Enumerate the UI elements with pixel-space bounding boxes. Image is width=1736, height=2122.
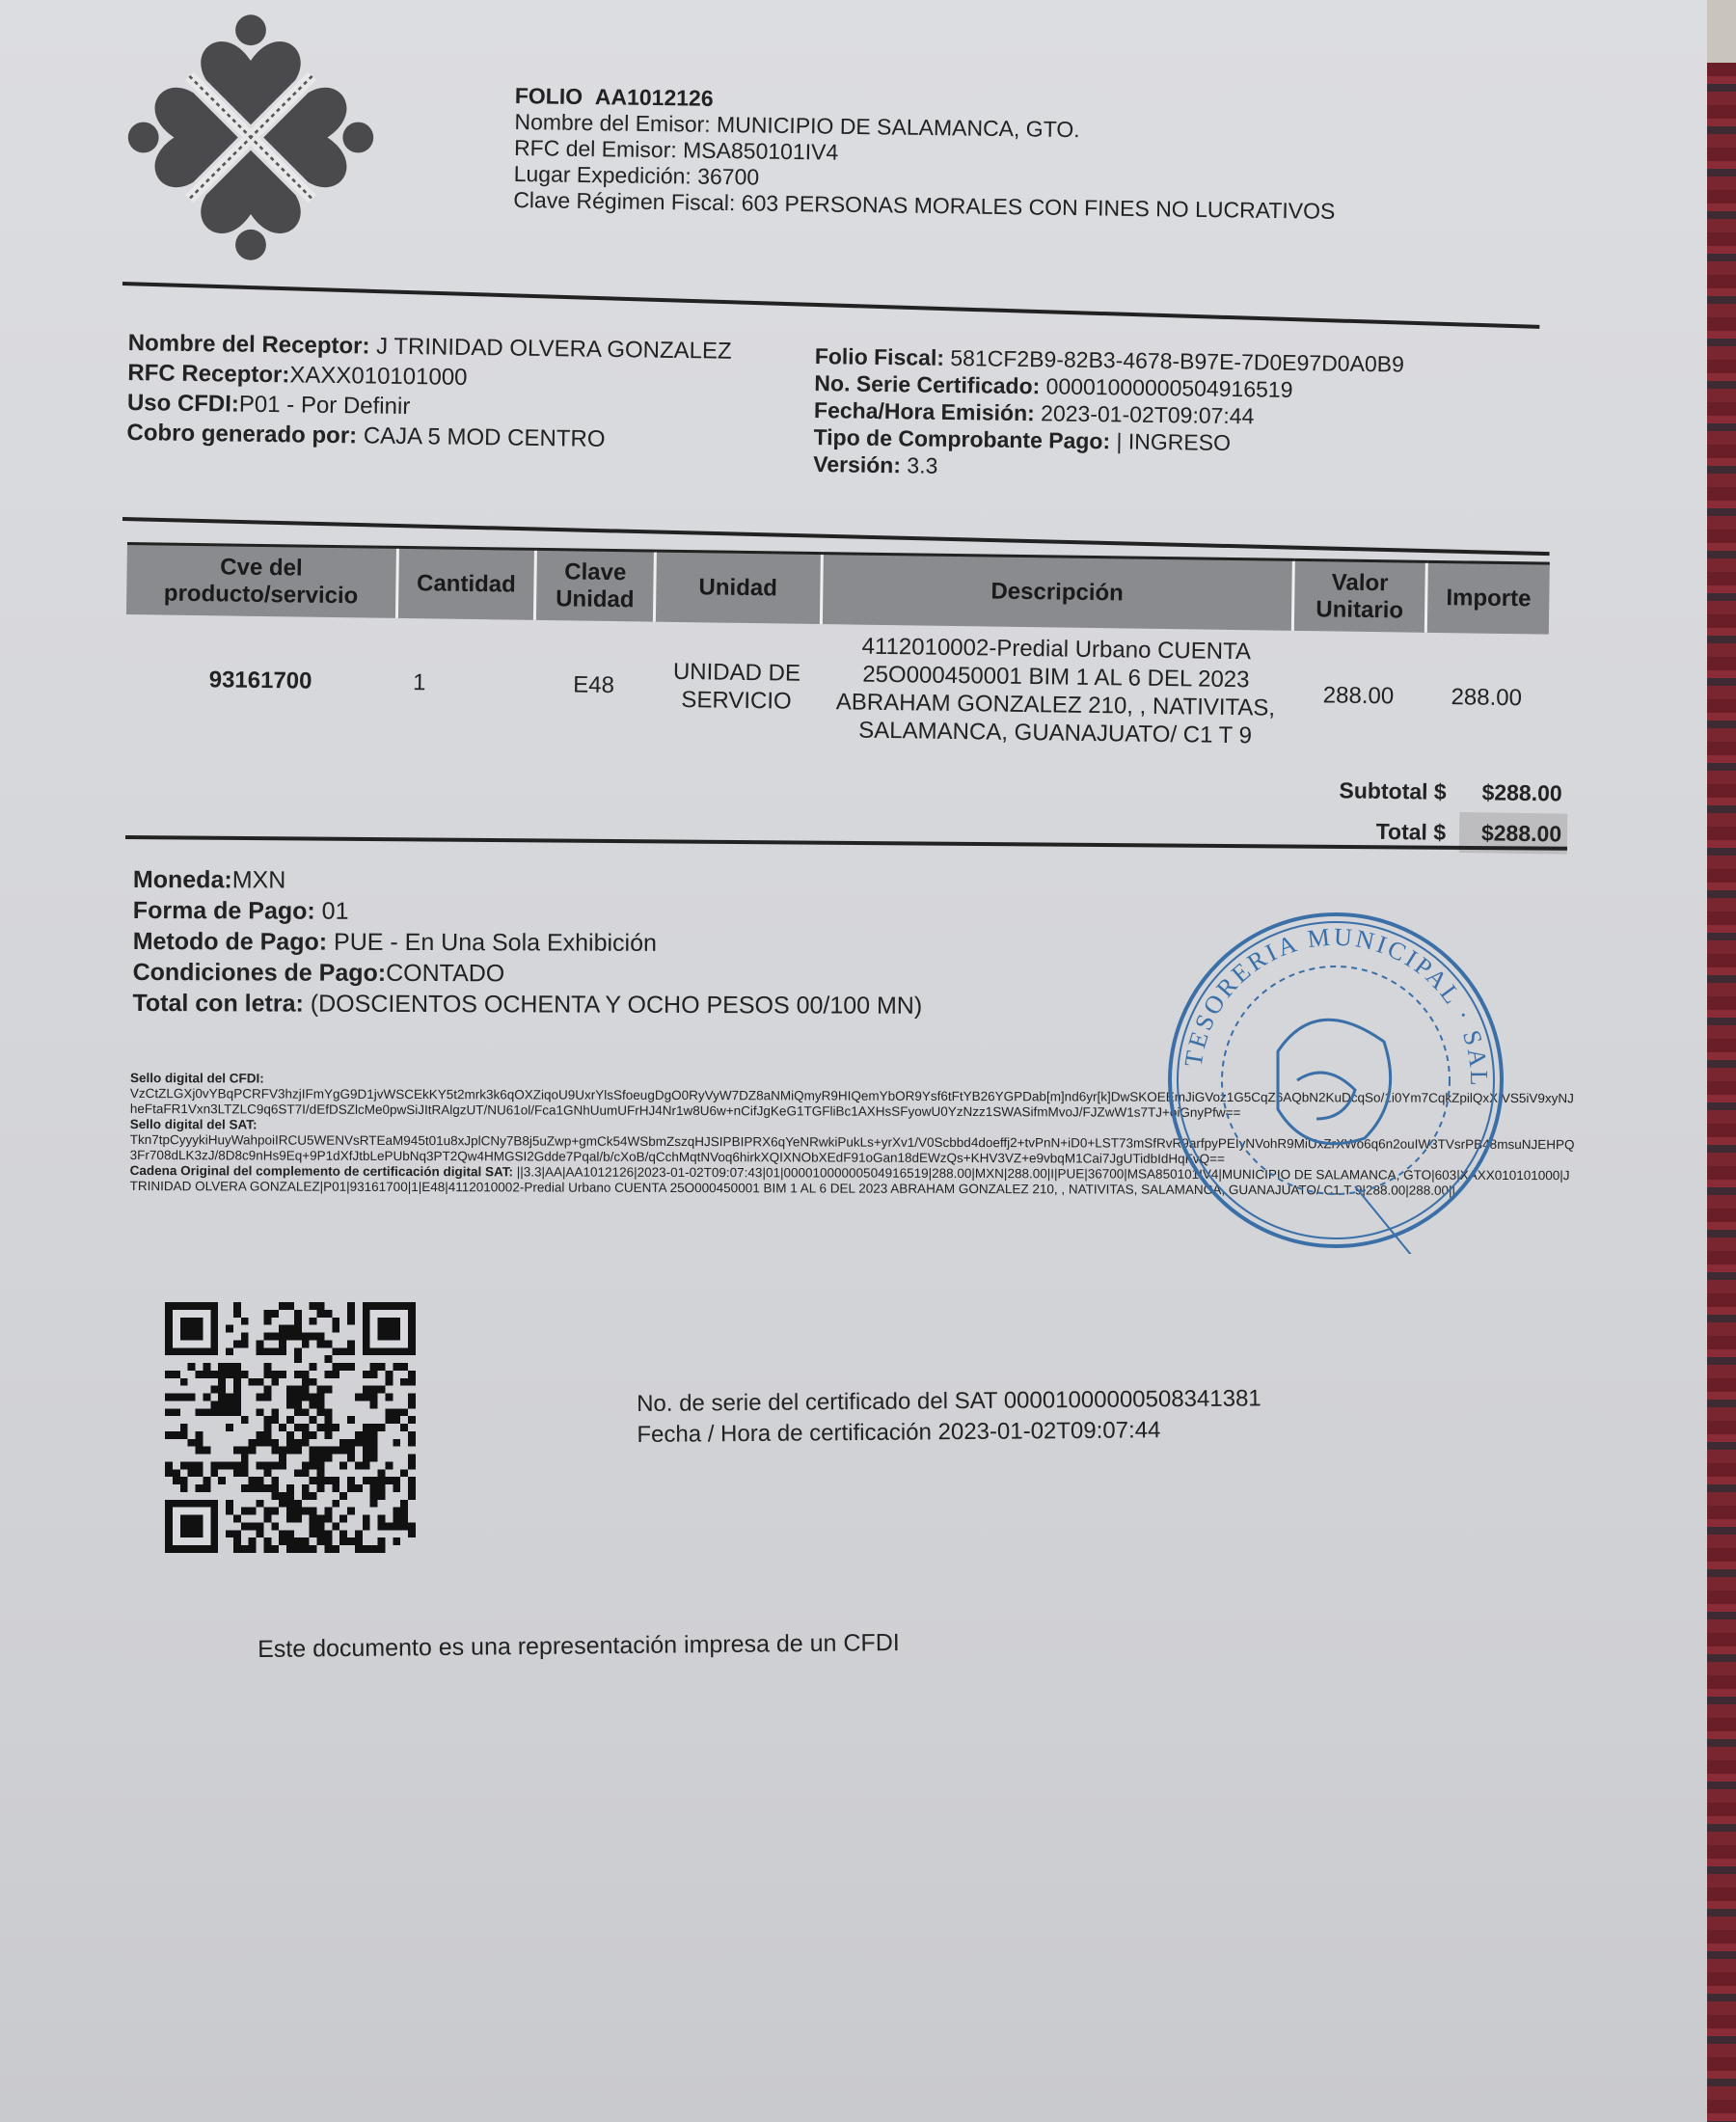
cell-cantidad: 1	[394, 618, 535, 748]
metodo-value: PUE - En Una Sola Exhibición	[334, 929, 657, 957]
cadena-label: Cadena Original del complemento de certi…	[130, 1163, 513, 1179]
concepts-table: Cve del producto/servicio Cantidad Clave…	[124, 542, 1550, 762]
col-importe: Importe	[1426, 561, 1550, 634]
letra-label: Total con letra:	[132, 990, 303, 1018]
regimen-label: Clave Régimen Fiscal:	[513, 187, 735, 215]
metodo-label: Metodo de Pago:	[133, 928, 327, 956]
emisor-rfc: MSA850101IV4	[683, 137, 838, 164]
sat-serie-label: No. de serie del certificado del SAT	[637, 1388, 997, 1417]
emisor-nombre: MUNICIPIO DE SALAMANCA, GTO.	[717, 112, 1080, 142]
fecha-label: Fecha/Hora Emisión:	[814, 397, 1035, 425]
cell-importe: 288.00	[1424, 633, 1549, 762]
subtotal-label: Subtotal $	[1320, 772, 1447, 810]
receptor-nombre: J TRINIDAD OLVERA GONZALEZ	[376, 334, 732, 365]
cell-descripcion: 4112010002-Predial Urbano CUENTA 25O0004…	[819, 624, 1292, 758]
subtotal-row: Subtotal $ $288.00	[1320, 770, 1568, 814]
payment-block: Moneda:MXN Forma de Pago: 01 Metodo de P…	[132, 864, 922, 1021]
uso-cfdi-label: Uso CFDI:	[127, 390, 239, 418]
qr-code-icon	[160, 1302, 420, 1553]
cell-valor-unitario: 288.00	[1290, 631, 1425, 760]
tesoreria-seal-icon: TESORERIA MUNICIPAL · SALAMANCA, GTO.	[1162, 907, 1509, 1254]
divider	[122, 282, 1539, 329]
cert-fecha-label: Fecha / Hora de certificación	[637, 1419, 932, 1448]
folio-label: FOLIO	[515, 83, 583, 109]
cert-fecha: 2023-01-02T09:07:44	[937, 1417, 1160, 1445]
invoice-page: FOLIO AA1012126 Nombre del Emisor: MUNIC…	[0, 0, 1707, 2122]
fecha-value: 2023-01-02T09:07:44	[1041, 400, 1255, 428]
totals-block: Subtotal $ $288.00 Total $ $288.00	[1320, 770, 1568, 855]
moneda-label: Moneda:	[133, 866, 232, 893]
serie-value: 00001000000504916519	[1045, 373, 1292, 402]
uso-cfdi: P01 - Por Definir	[239, 392, 411, 420]
receptor-rfc: XAXX010101000	[289, 362, 468, 391]
cobro-label: Cobro generado por:	[126, 420, 357, 449]
col-unidad: Unidad	[654, 551, 822, 624]
emisor-rfc-label: RFC del Emisor:	[514, 135, 677, 162]
col-clave: Cve del producto/servicio	[126, 543, 397, 617]
tipo-value: | INGRESO	[1116, 428, 1231, 455]
background-cloth	[1705, 63, 1736, 2122]
col-clave-unidad: Clave Unidad	[535, 549, 656, 621]
serie-label: No. Serie Certificado:	[814, 370, 1040, 398]
col-cantidad: Cantidad	[396, 547, 536, 619]
forma-label: Forma de Pago:	[133, 897, 315, 925]
col-valor-unitario: Valor Unitario	[1292, 559, 1426, 632]
col-descripcion: Descripción	[821, 554, 1293, 631]
cell-clave: 93161700	[124, 614, 396, 746]
footer-note: Este documento es una representación imp…	[258, 1629, 900, 1664]
moneda-value: MXN	[232, 866, 286, 893]
certification-block: No. de serie del certificado del SAT 000…	[637, 1383, 1261, 1451]
tipo-label: Tipo de Comprobante Pago:	[813, 424, 1110, 453]
receptor-rfc-label: RFC Receptor:	[127, 360, 289, 388]
cobro-value: CAJA 5 MOD CENTRO	[364, 422, 606, 451]
cell-clave-unidad: E48	[533, 620, 654, 749]
emisor-nombre-label: Nombre del Emisor:	[514, 109, 711, 137]
receptor-block: Nombre del Receptor: J TRINIDAD OLVERA G…	[126, 328, 732, 456]
receptor-nombre-label: Nombre del Receptor:	[128, 330, 370, 359]
forma-value: 01	[322, 898, 349, 925]
condiciones-value: CONTADO	[386, 960, 504, 987]
condiciones-label: Condiciones de Pago:	[133, 959, 387, 987]
lugar-label: Lugar Expedición:	[514, 161, 692, 189]
letra-value: (DOSCIENTOS OCHENTA Y OCHO PESOS 00/100 …	[311, 991, 923, 1020]
subtotal-value: $288.00	[1459, 772, 1568, 814]
folio-value: AA1012126	[595, 84, 714, 111]
version-value: 3.3	[907, 452, 937, 477]
table-row: 93161700 1 E48 UNIDAD DE SERVICIO 411201…	[124, 614, 1549, 762]
fiscal-block: Folio Fiscal: 581CF2B9-82B3-4678-B97E-7D…	[813, 342, 1404, 486]
municipal-logo-icon	[121, 10, 381, 265]
sat-serie: 00001000000508341381	[1004, 1385, 1261, 1413]
version-label: Versión:	[813, 451, 901, 477]
emisor-block: FOLIO AA1012126 Nombre del Emisor: MUNIC…	[513, 83, 1337, 225]
cell-unidad: UNIDAD DE SERVICIO	[653, 622, 821, 751]
folio-fiscal-label: Folio Fiscal:	[815, 343, 945, 370]
svg-text:TESORERIA MUNICIPAL · SALAMANC: TESORERIA MUNICIPAL · SALAMANCA, GTO.	[1162, 907, 1493, 1089]
lugar-value: 36700	[697, 164, 759, 190]
